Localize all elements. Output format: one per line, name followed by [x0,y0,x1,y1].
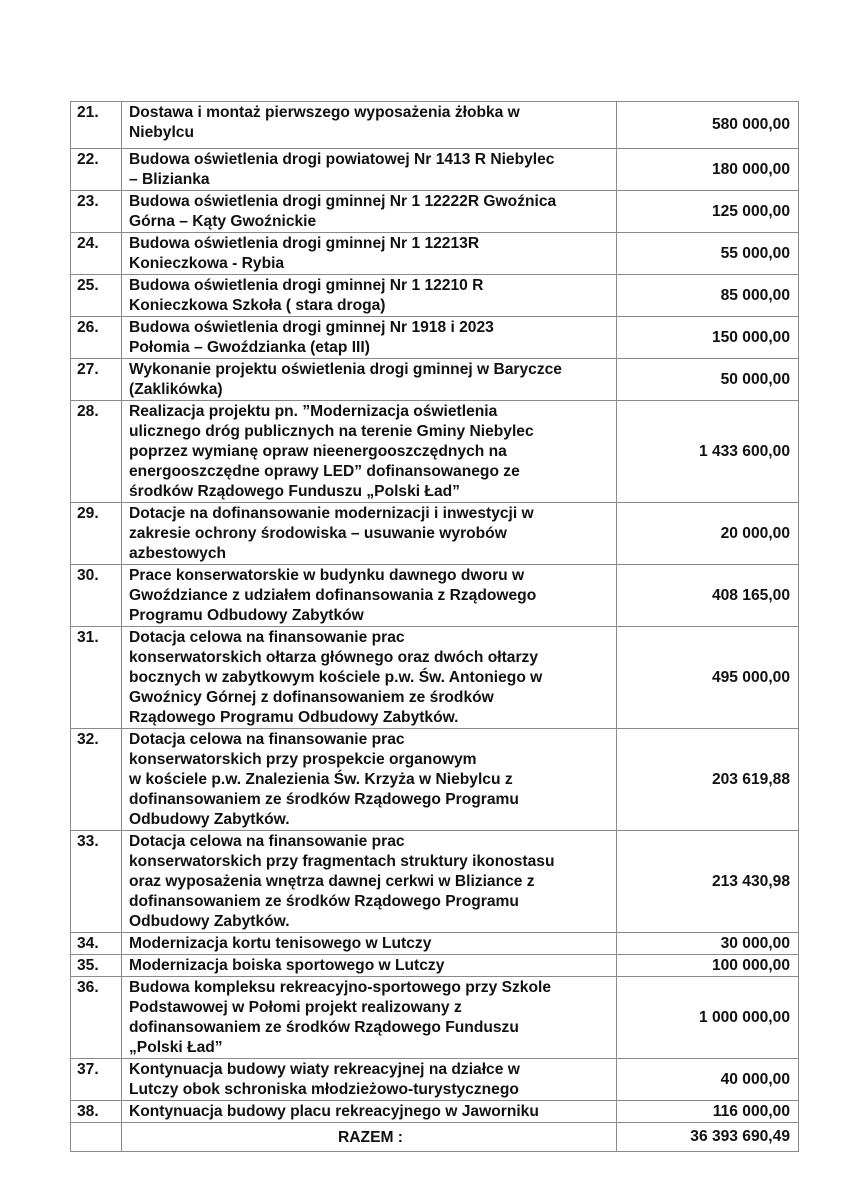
row-amount: 85 000,00 [617,275,799,317]
description-line: Wykonanie projektu oświetlenia drogi gmi… [129,360,612,380]
description-line: oraz wyposażenia wnętrza dawnej cerkwi w… [129,872,612,892]
description-line: Prace konserwatorskie w budynku dawnego … [129,566,612,586]
description-line: bocznych w zabytkowym kościele p.w. Św. … [129,668,612,688]
total-amount: 36 393 690,49 [617,1123,799,1152]
row-description: Budowa oświetlenia drogi gminnej Nr 1 12… [122,275,617,317]
description-line: Budowa oświetlenia drogi gminnej Nr 1918… [129,318,612,338]
description-line: Odbudowy Zabytków. [129,810,612,830]
description-line: Modernizacja kortu tenisowego w Lutczy [129,934,612,954]
row-number: 35. [71,955,122,977]
table-row: 30.Prace konserwatorskie w budynku dawne… [71,565,799,627]
row-amount: 20 000,00 [617,503,799,565]
description-line: środków Rządowego Funduszu „Polski Ład” [129,482,612,502]
row-number: 27. [71,359,122,401]
table-row: 34.Modernizacja kortu tenisowego w Lutcz… [71,933,799,955]
row-number: 32. [71,729,122,831]
row-description: Wykonanie projektu oświetlenia drogi gmi… [122,359,617,401]
description-line: Lutczy obok schroniska młodzieżowo-turys… [129,1080,612,1100]
row-amount: 125 000,00 [617,191,799,233]
row-amount: 116 000,00 [617,1101,799,1123]
description-line: Programu Odbudowy Zabytków [129,606,612,626]
row-number: 26. [71,317,122,359]
row-description: Modernizacja boiska sportowego w Lutczy [122,955,617,977]
table-row: 25.Budowa oświetlenia drogi gminnej Nr 1… [71,275,799,317]
table-row: 26.Budowa oświetlenia drogi gminnej Nr 1… [71,317,799,359]
row-number: 25. [71,275,122,317]
row-amount: 180 000,00 [617,149,799,191]
description-line: Konieczkowa - Rybia [129,254,612,274]
investment-table: 21.Dostawa i montaż pierwszego wyposażen… [70,101,799,1152]
description-line: ulicznego dróg publicznych na terenie Gm… [129,422,612,442]
row-amount: 1 000 000,00 [617,977,799,1059]
description-line: Konieczkowa Szkoła ( stara droga) [129,296,612,316]
description-line: Kontynuacja budowy placu rekreacyjnego w… [129,1102,612,1122]
row-description: Dostawa i montaż pierwszego wyposażenia … [122,102,617,149]
row-number: 21. [71,102,122,149]
description-line: dofinansowaniem ze środków Rządowego Pro… [129,892,612,912]
description-line: Budowa kompleksu rekreacyjno-sportowego … [129,978,612,998]
description-line: Dotacja celowa na finansowanie prac [129,628,612,648]
table-row: 36.Budowa kompleksu rekreacyjno-sportowe… [71,977,799,1059]
description-line: Modernizacja boiska sportowego w Lutczy [129,956,612,976]
row-number: 33. [71,831,122,933]
row-amount: 495 000,00 [617,627,799,729]
description-line: Kontynuacja budowy wiaty rekreacyjnej na… [129,1060,612,1080]
row-description: Modernizacja kortu tenisowego w Lutczy [122,933,617,955]
row-amount: 203 619,88 [617,729,799,831]
description-line: Podstawowej w Połomi projekt realizowany… [129,998,612,1018]
table-row: 28.Realizacja projektu pn. ”Modernizacja… [71,401,799,503]
row-number: 38. [71,1101,122,1123]
description-line: Dostawa i montaż pierwszego wyposażenia … [129,103,612,123]
row-description: Kontynuacja budowy wiaty rekreacyjnej na… [122,1059,617,1101]
table-row: 22.Budowa oświetlenia drogi powiatowej N… [71,149,799,191]
row-amount: 1 433 600,00 [617,401,799,503]
total-row: RAZEM : 36 393 690,49 [71,1123,799,1152]
row-number: 23. [71,191,122,233]
row-description: Dotacja celowa na finansowanie prackonse… [122,729,617,831]
description-line: „Polski Ład” [129,1038,612,1058]
description-line: dofinansowaniem ze środków Rządowego Fun… [129,1018,612,1038]
table-row: 35.Modernizacja boiska sportowego w Lutc… [71,955,799,977]
description-line: Budowa oświetlenia drogi gminnej Nr 1 12… [129,276,612,296]
description-line: Niebylcu [129,123,612,143]
row-description: Realizacja projektu pn. ”Modernizacja oś… [122,401,617,503]
row-number: 29. [71,503,122,565]
row-description: Budowa oświetlenia drogi gminnej Nr 1 12… [122,191,617,233]
row-description: Dotacje na dofinansowanie modernizacji i… [122,503,617,565]
description-line: Dotacja celowa na finansowanie prac [129,730,612,750]
table-row: 37.Kontynuacja budowy wiaty rekreacyjnej… [71,1059,799,1101]
row-amount: 40 000,00 [617,1059,799,1101]
row-number: 36. [71,977,122,1059]
row-description: Budowa oświetlenia drogi powiatowej Nr 1… [122,149,617,191]
table-row: 33.Dotacja celowa na finansowanie pracko… [71,831,799,933]
row-description: Prace konserwatorskie w budynku dawnego … [122,565,617,627]
row-amount: 55 000,00 [617,233,799,275]
row-amount: 30 000,00 [617,933,799,955]
description-line: Budowa oświetlenia drogi gminnej Nr 1 12… [129,234,612,254]
description-line: Dotacja celowa na finansowanie prac [129,832,612,852]
row-description: Budowa oświetlenia drogi gminnej Nr 1918… [122,317,617,359]
row-description: Budowa oświetlenia drogi gminnej Nr 1 12… [122,233,617,275]
row-number: 37. [71,1059,122,1101]
table-row: 24.Budowa oświetlenia drogi gminnej Nr 1… [71,233,799,275]
table-body: 21.Dostawa i montaż pierwszego wyposażen… [71,102,799,1152]
row-number: 28. [71,401,122,503]
table-row: 21.Dostawa i montaż pierwszego wyposażen… [71,102,799,149]
description-line: dofinansowaniem ze środków Rządowego Pro… [129,790,612,810]
table-row: 38.Kontynuacja budowy placu rekreacyjneg… [71,1101,799,1123]
description-line: Dotacje na dofinansowanie modernizacji i… [129,504,612,524]
row-number: 31. [71,627,122,729]
description-line: Rządowego Programu Odbudowy Zabytków. [129,708,612,728]
table-row: 23.Budowa oświetlenia drogi gminnej Nr 1… [71,191,799,233]
row-amount: 213 430,98 [617,831,799,933]
description-line: Gwoźnicy Górnej z dofinansowaniem ze śro… [129,688,612,708]
description-line: azbestowych [129,544,612,564]
table-row: 32.Dotacja celowa na finansowanie pracko… [71,729,799,831]
row-amount: 150 000,00 [617,317,799,359]
row-amount: 408 165,00 [617,565,799,627]
description-line: Budowa oświetlenia drogi gminnej Nr 1 12… [129,192,612,212]
row-description: Dotacja celowa na finansowanie prackonse… [122,831,617,933]
row-amount: 580 000,00 [617,102,799,149]
description-line: Połomia – Gwoździanka (etap III) [129,338,612,358]
total-number-cell [71,1123,122,1152]
description-line: konserwatorskich ołtarza głównego oraz d… [129,648,612,668]
description-line: poprzez wymianę opraw nieenergooszczędny… [129,442,612,462]
row-number: 34. [71,933,122,955]
description-line: Realizacja projektu pn. ”Modernizacja oś… [129,402,612,422]
description-line: konserwatorskich przy fragmentach strukt… [129,852,612,872]
row-description: Dotacja celowa na finansowanie prackonse… [122,627,617,729]
table-row: 27.Wykonanie projektu oświetlenia drogi … [71,359,799,401]
description-line: energooszczędne oprawy LED” dofinansowan… [129,462,612,482]
row-number: 22. [71,149,122,191]
row-amount: 50 000,00 [617,359,799,401]
description-line: Odbudowy Zabytków. [129,912,612,932]
table-row: 31.Dotacja celowa na finansowanie pracko… [71,627,799,729]
description-line: – Blizianka [129,170,612,190]
row-number: 30. [71,565,122,627]
description-line: zakresie ochrony środowiska – usuwanie w… [129,524,612,544]
row-description: Budowa kompleksu rekreacyjno-sportowego … [122,977,617,1059]
table-row: 29.Dotacje na dofinansowanie modernizacj… [71,503,799,565]
description-line: Budowa oświetlenia drogi powiatowej Nr 1… [129,150,612,170]
row-amount: 100 000,00 [617,955,799,977]
description-line: Gwoździance z udziałem dofinansowania z … [129,586,612,606]
row-description: Kontynuacja budowy placu rekreacyjnego w… [122,1101,617,1123]
total-label: RAZEM : [122,1123,617,1152]
row-number: 24. [71,233,122,275]
description-line: Górna – Kąty Gwoźnickie [129,212,612,232]
description-line: (Zaklikówka) [129,380,612,400]
description-line: w kościele p.w. Znalezienia Św. Krzyża w… [129,770,612,790]
description-line: konserwatorskich przy prospekcie organow… [129,750,612,770]
